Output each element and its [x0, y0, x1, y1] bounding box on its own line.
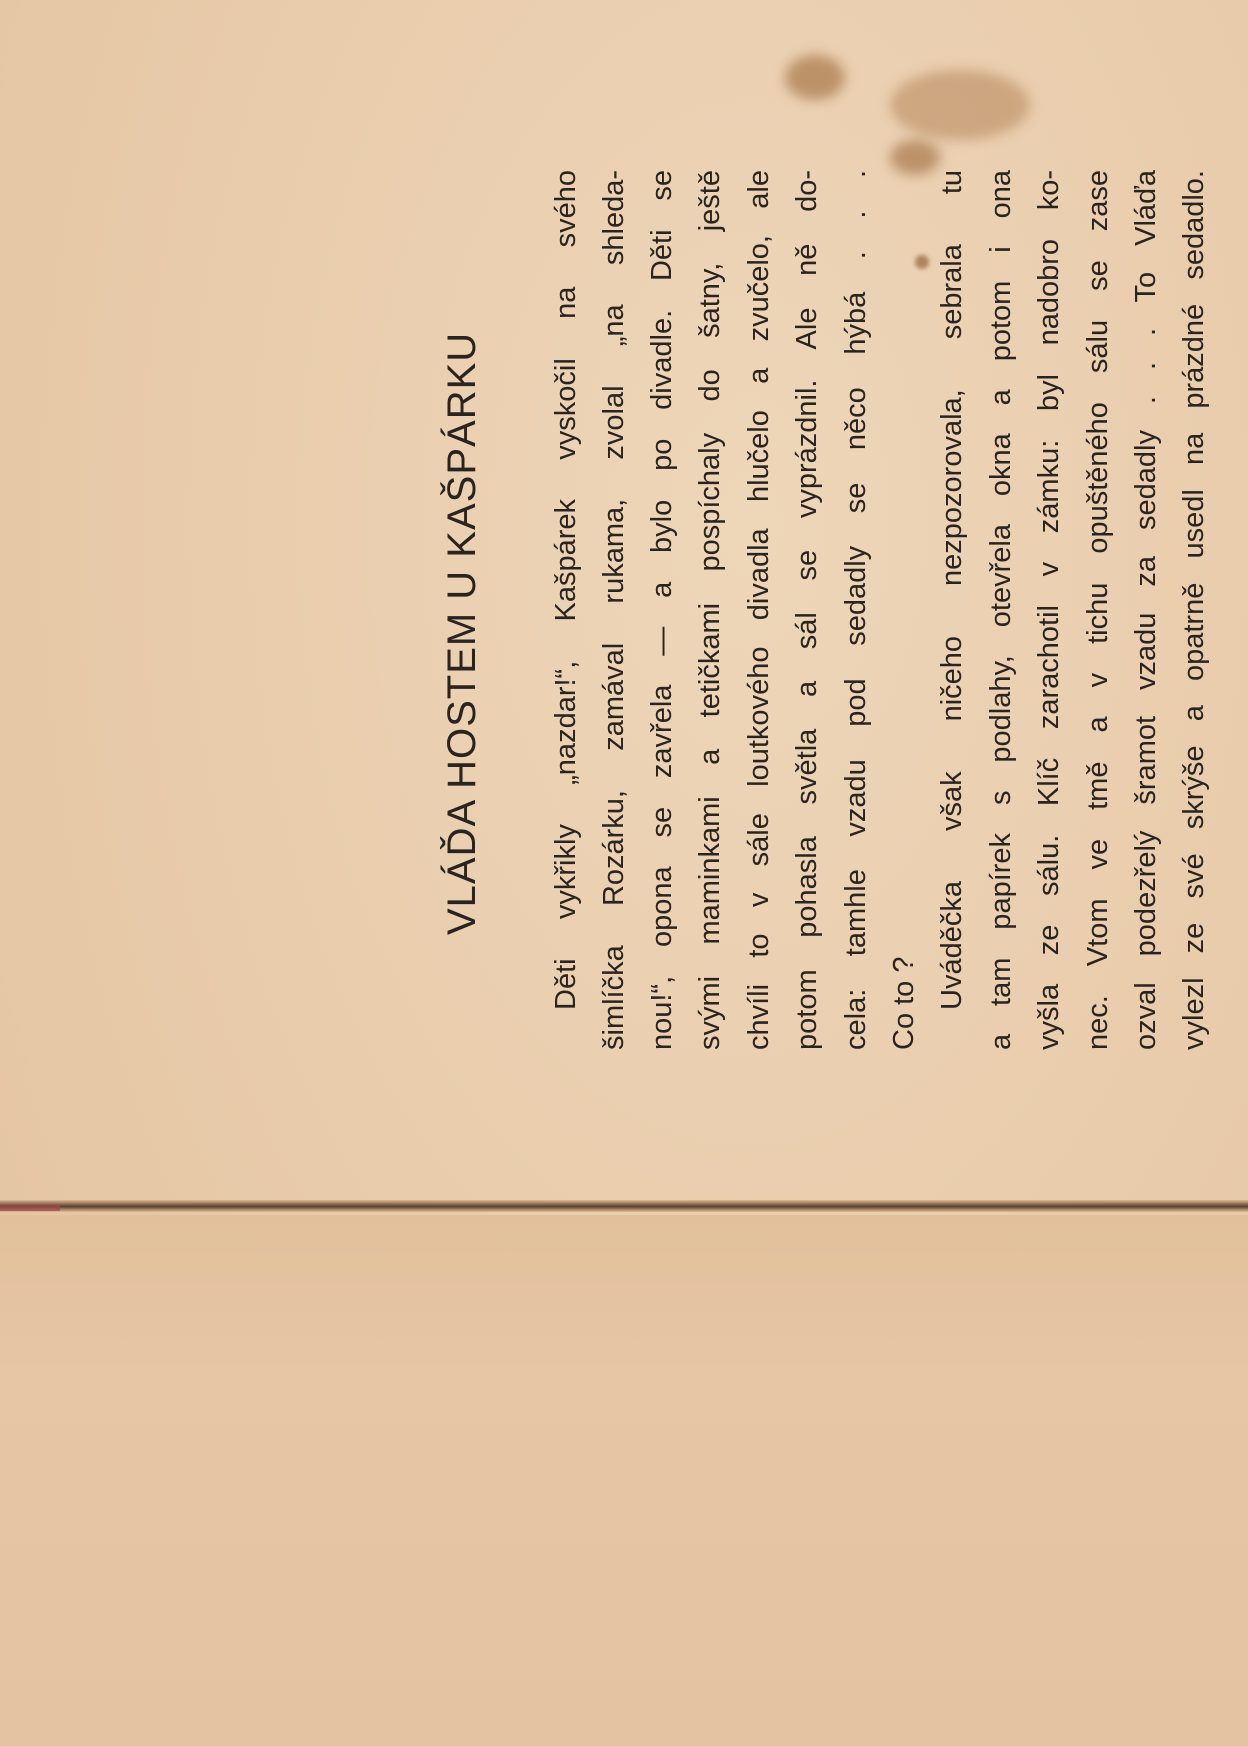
spine-binding-edge	[0, 1205, 60, 1211]
text-line: a tam papírek s podlahy, otevřela okna a…	[983, 170, 1019, 1050]
text-line: svými maminkami a tetičkami pospíchaly d…	[692, 170, 728, 1050]
book-page-scan: VLÁĎA HOSTEM U KAŠPÁRKU Děti vykřikly „n…	[0, 0, 1248, 1746]
text-line: nec. Vtom ve tmě a v tichu opuštěného sá…	[1080, 170, 1116, 1050]
text-line: chvíli to v sále loutkového divadla hluč…	[741, 170, 777, 1050]
text-line: cela: tamhle vzadu pod sedadly se něco h…	[838, 170, 874, 1050]
text-line: potom pohasla světla a sál se vyprázdnil…	[789, 170, 825, 1050]
text-line: vyšla ze sálu. Klíč zarachotil v zámku: …	[1031, 170, 1067, 1050]
stain-mark	[785, 55, 845, 100]
stain-mark	[890, 70, 1030, 140]
facing-page-blank	[0, 1215, 1248, 1746]
text-line: šimlíčka Rozárku, zamával rukama, zvolal…	[596, 170, 632, 1050]
book-spine-fold	[0, 1200, 1248, 1212]
text-line: Děti vykřikly „nazdar!“, Kašpárek vyskoč…	[548, 170, 584, 1010]
chapter-title: VLÁĎA HOSTEM U KAŠPÁRKU	[440, 332, 485, 935]
text-line: ozval podezřelý šramot vzadu za sedadly …	[1128, 170, 1164, 1050]
text-line: vylezl ze své skrýše a opatrně usedl na …	[1176, 170, 1212, 1050]
text-line: nou!“, opona se zavřela — a bylo po diva…	[644, 170, 680, 1050]
text-line: Uváděčka však ničeho nezpozorovala, sebr…	[934, 170, 970, 1010]
text-line: Co to ?	[886, 170, 922, 1050]
